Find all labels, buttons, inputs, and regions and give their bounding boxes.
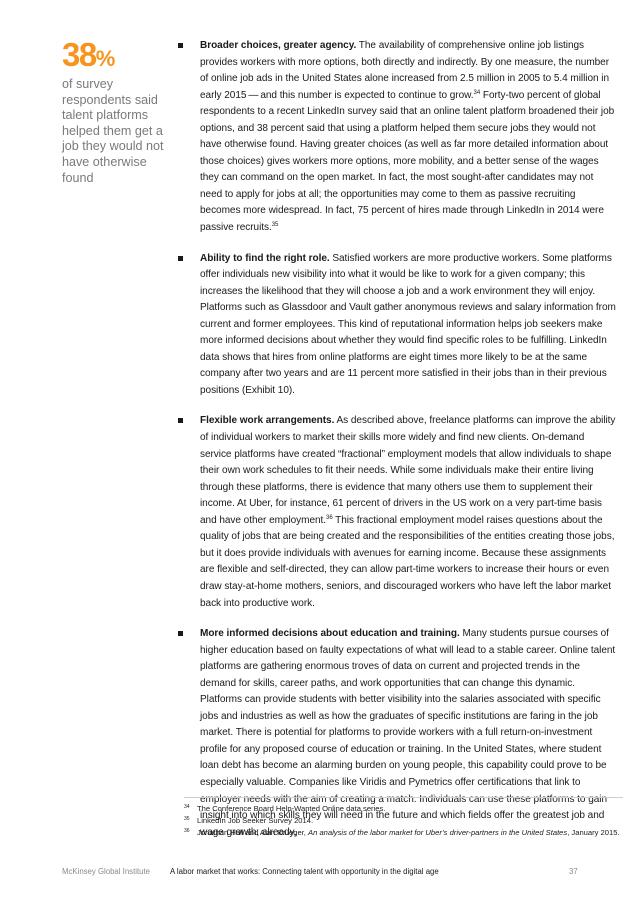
footnote-36: 36 Jonathan Hall and Alan Krueger, An an…: [184, 827, 624, 839]
bullet-text: This fractional employment model raises …: [200, 515, 614, 609]
footnote-divider: [184, 797, 623, 798]
square-bullet-icon: [178, 43, 183, 48]
square-bullet-icon: [178, 631, 183, 636]
footnotes: 34 The Conference Board Help-Wanted Onli…: [184, 803, 624, 838]
square-bullet-icon: [178, 418, 183, 423]
footnote-number: 35: [184, 815, 190, 824]
stat-unit: %: [96, 46, 116, 71]
bullet-item-flexible-work: Flexible work arrangements. As described…: [177, 413, 617, 612]
footnote-35: 35 LinkedIn Job Seeker Survey 2014.: [184, 815, 624, 827]
footnote-title: An analysis of the labor market for Uber…: [308, 828, 567, 837]
footnote-text: The Conference Board Help-Wanted Online …: [197, 804, 385, 813]
bullet-lead: More informed decisions about education …: [200, 628, 460, 639]
bullet-text: Satisfied workers are more productive wo…: [200, 253, 616, 396]
page-number: 37: [569, 867, 578, 876]
square-bullet-icon: [178, 256, 183, 261]
bullet-text: Forty-two percent of global respondents …: [200, 90, 614, 233]
pull-quote-sidebar: 38% of survey respondents said talent pl…: [62, 38, 172, 186]
report-title: A labor market that works: Connecting ta…: [170, 867, 439, 876]
bullet-item-right-role: Ability to find the right role. Satisfie…: [177, 251, 617, 400]
footnote-34: 34 The Conference Board Help-Wanted Onli…: [184, 803, 624, 815]
bullet-lead: Broader choices, greater agency.: [200, 40, 356, 51]
footnote-number: 36: [184, 827, 190, 836]
bullet-lead: Ability to find the right role.: [200, 253, 330, 264]
footnote-text: , January 2015.: [567, 828, 619, 837]
bullet-item-broader-choices: Broader choices, greater agency. The ava…: [177, 38, 617, 237]
publisher-name: McKinsey Global Institute: [62, 867, 150, 876]
footnote-ref[interactable]: 36: [326, 515, 333, 521]
stat-caption: of survey respondents said talent platfo…: [62, 77, 172, 186]
footnote-text: Jonathan Hall and Alan Krueger,: [197, 828, 308, 837]
footnote-text: LinkedIn Job Seeker Survey 2014.: [197, 816, 313, 825]
bullet-text: As described above, freelance platforms …: [200, 415, 615, 525]
bullet-lead: Flexible work arrangements.: [200, 415, 334, 426]
stat-value: 38: [62, 36, 96, 73]
footnote-number: 34: [184, 803, 190, 812]
stat-figure: 38%: [62, 38, 172, 76]
footnote-ref[interactable]: 35: [272, 222, 279, 228]
body-text: Broader choices, greater agency. The ava…: [177, 38, 617, 855]
